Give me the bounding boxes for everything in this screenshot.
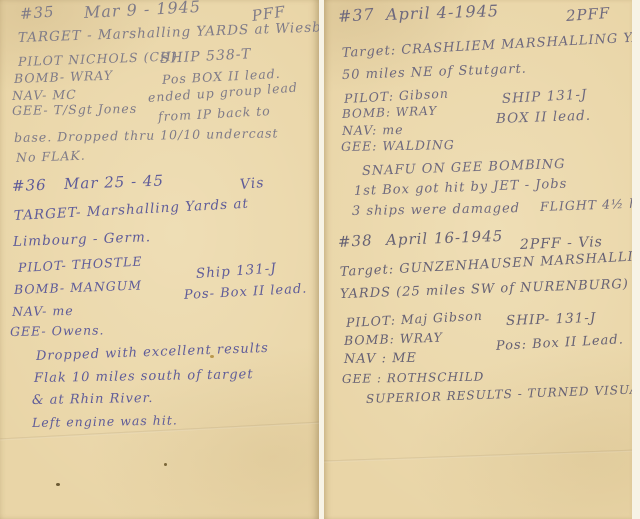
gee-operator-line: GEE : ROTHSCHILD <box>342 371 485 387</box>
mission-date: Mar 25 - 45 <box>64 173 165 193</box>
note-line: 1st Box got hit by JET - Jobs <box>354 178 568 200</box>
position-line: Pos: Box II Lead. <box>496 333 625 354</box>
target-line: YARDS (25 miles SW of NURENBURG) <box>340 278 629 302</box>
bombardier-line: BOMB: WRAY <box>342 105 438 122</box>
mission-number: #37 <box>337 5 375 25</box>
bombing-method: Vis <box>239 176 265 193</box>
paper-speck <box>164 463 167 466</box>
bombing-method: 2PFF <box>565 5 610 25</box>
bombardier-line: BOMB- MANGUM <box>14 279 143 297</box>
mission-number: #35 <box>19 4 55 23</box>
damage-note-line: 3 ships were damaged <box>352 202 520 219</box>
position-line: BOX II lead. <box>496 109 592 127</box>
note-line: SNAFU ON GEE BOMBING <box>362 158 566 179</box>
gee-operator-line: GEE- Owens. <box>10 323 105 338</box>
target-line: TARGET - Marshalling YARDS at Wiesbaden <box>18 19 319 46</box>
target-line: Limbourg - Germ. <box>13 230 152 250</box>
bombardier-line: BOMB- WRAY <box>14 69 114 86</box>
flak-note-line: Flak 10 miles south of target <box>34 368 254 386</box>
navigator-line: NAV: me <box>342 123 404 138</box>
left-journal-page: #35 Mar 9 - 1945 PFF TARGET - Marshallin… <box>0 0 319 519</box>
note-line: base. Dropped thru 10/10 undercast <box>14 126 279 144</box>
pilot-line: PILOT NICHOLS (CH) <box>18 49 178 68</box>
results-line: SUPERIOR RESULTS - TURNED VISUAL <box>366 383 636 406</box>
navigator-line: NAV : ME <box>344 352 417 368</box>
ship-line: Ship 131-J <box>195 261 277 281</box>
ship-line: SHIP- 131-J <box>506 311 597 329</box>
paper-crease <box>324 450 636 463</box>
gee-operator-line: GEE: WALDING <box>341 138 455 154</box>
note-line: from IP back to <box>158 104 271 124</box>
flight-time-line: FLIGHT 4½ h <box>540 197 636 214</box>
paper-speck <box>210 355 214 358</box>
flak-note-line: & at Rhin River. <box>32 392 154 408</box>
navigator-line: NAV- MC <box>12 88 77 103</box>
right-journal-page: #37 April 4-1945 2PFF Target: CRASHLIEM … <box>324 0 636 519</box>
gee-operator-line: GEE- T/Sgt Jones <box>12 102 137 118</box>
damage-note-line: Left engine was hit. <box>32 413 178 429</box>
bombing-method: 2PFF - Vis <box>520 235 603 253</box>
target-line: 50 miles NE of Stutgart. <box>342 63 527 84</box>
target-line: Target: CRASHLIEM MARSHALLING YARDS <box>342 30 636 62</box>
position-line: Pos- Box II lead. <box>184 283 308 304</box>
mission-date: April 16-1945 <box>386 228 504 249</box>
flak-note-line: No FLAK. <box>16 149 86 165</box>
pilot-line: PILOT- THOSTLE <box>18 254 143 274</box>
ship-line: SHIP 131-J <box>502 88 588 107</box>
bombardier-line: BOMB: WRAY <box>344 331 443 348</box>
navigator-line: NAV- me <box>12 304 74 319</box>
mission-date: April 4-1945 <box>386 2 500 24</box>
results-line: Dropped with excellent results <box>36 342 269 364</box>
mission-number: #36 <box>12 177 47 195</box>
target-line: Target: GUNZENHAUSEN MARSHALLING <box>340 249 636 280</box>
ship-line: SHIP 538-T <box>160 47 252 67</box>
mission-number: #38 <box>338 232 373 250</box>
mission-date: Mar 9 - 1945 <box>84 0 202 22</box>
pilot-line: PILOT: Maj Gibson <box>346 309 484 330</box>
paper-speck <box>56 483 60 486</box>
photo-edge <box>632 0 636 519</box>
target-line: TARGET- Marshalling Yards at <box>14 197 250 224</box>
